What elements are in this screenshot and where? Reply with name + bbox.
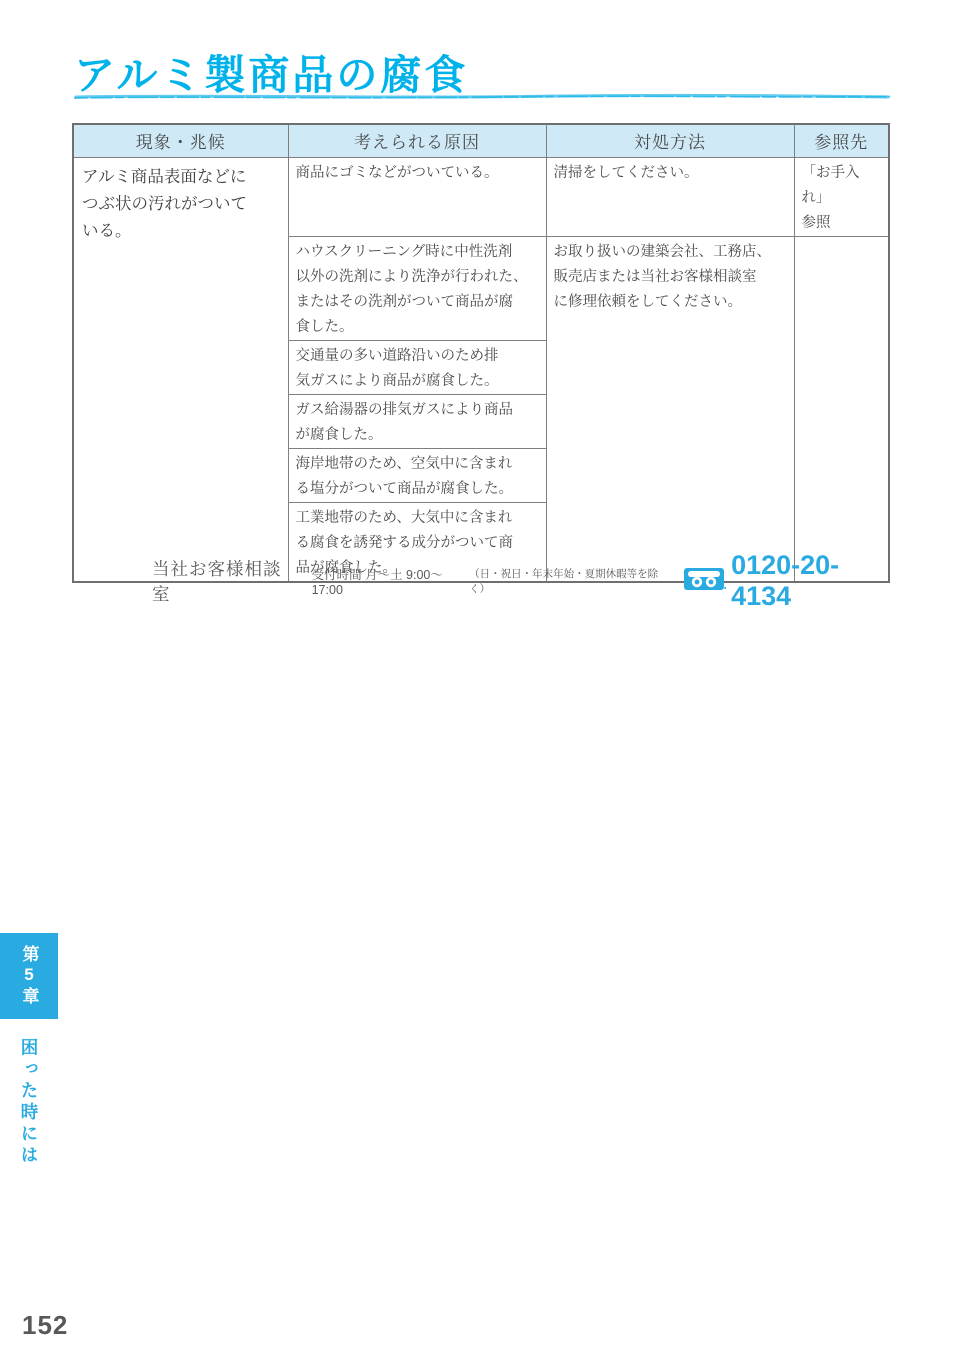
header-remedy: 対処方法 bbox=[546, 124, 794, 157]
cause-cell: 交通量の多い道路沿いのため排 気ガスにより商品が腐食した。 bbox=[288, 340, 546, 394]
header-reference: 参照先 bbox=[794, 124, 889, 157]
cause-cell: 海岸地帯のため、空気中に含まれ る塩分がついて商品が腐食した。 bbox=[288, 448, 546, 502]
chapter-title-vertical: 困った時には bbox=[17, 1038, 42, 1167]
phenomenon-cell: アルミ商品表面などに つぶ状の汚れがついて いる。 bbox=[73, 157, 288, 582]
cause-cell: 商品にゴミなどがついている。 bbox=[288, 157, 546, 236]
remedy-cell: 清掃をしてください。 bbox=[546, 157, 794, 236]
contact-label: 当社お客様相談室 bbox=[152, 556, 294, 606]
reference-cell: 「お手入れ」 参照 bbox=[794, 157, 889, 236]
phone-number: 0120-20-4134 bbox=[731, 550, 892, 612]
cause-cell: ハウスクリーニング時に中性洗剤 以外の洗剤により洗浄が行われた、 またはその洗剤… bbox=[288, 236, 546, 340]
reference-cell-empty bbox=[794, 236, 889, 582]
chapter-tab: 第5章 bbox=[0, 933, 58, 1019]
remedy-cell-merged: お取り扱いの建築会社、工務店、 販売店または当社お客様相談室 に修理依頼をしてく… bbox=[546, 236, 794, 582]
table-header-row: 現象・兆候 考えられる原因 対処方法 参照先 bbox=[73, 124, 889, 157]
title-underline-brush bbox=[74, 92, 890, 102]
cause-cell: ガス給湯器の排気ガスにより商品 が腐食した。 bbox=[288, 394, 546, 448]
troubleshooting-table: 現象・兆候 考えられる原因 対処方法 参照先 アルミ商品表面などに つぶ状の汚れ… bbox=[72, 123, 890, 583]
chapter-tab-label: 第5章 bbox=[17, 945, 42, 1007]
freedial-icon bbox=[684, 567, 726, 596]
contact-hours-note: （日・祝日・年末年始・夏期休暇等を除く） bbox=[469, 566, 670, 596]
contact-hours: 受付時間 月〜土 9:00〜17:00 bbox=[312, 565, 468, 597]
page-number: 152 bbox=[22, 1310, 68, 1341]
table-row: アルミ商品表面などに つぶ状の汚れがついて いる。 商品にゴミなどがついている。… bbox=[73, 157, 889, 236]
customer-service-contact: 当社お客様相談室 受付時間 月〜土 9:00〜17:00 （日・祝日・年末年始・… bbox=[152, 550, 892, 612]
header-cause: 考えられる原因 bbox=[288, 124, 546, 157]
header-phenomenon: 現象・兆候 bbox=[73, 124, 288, 157]
